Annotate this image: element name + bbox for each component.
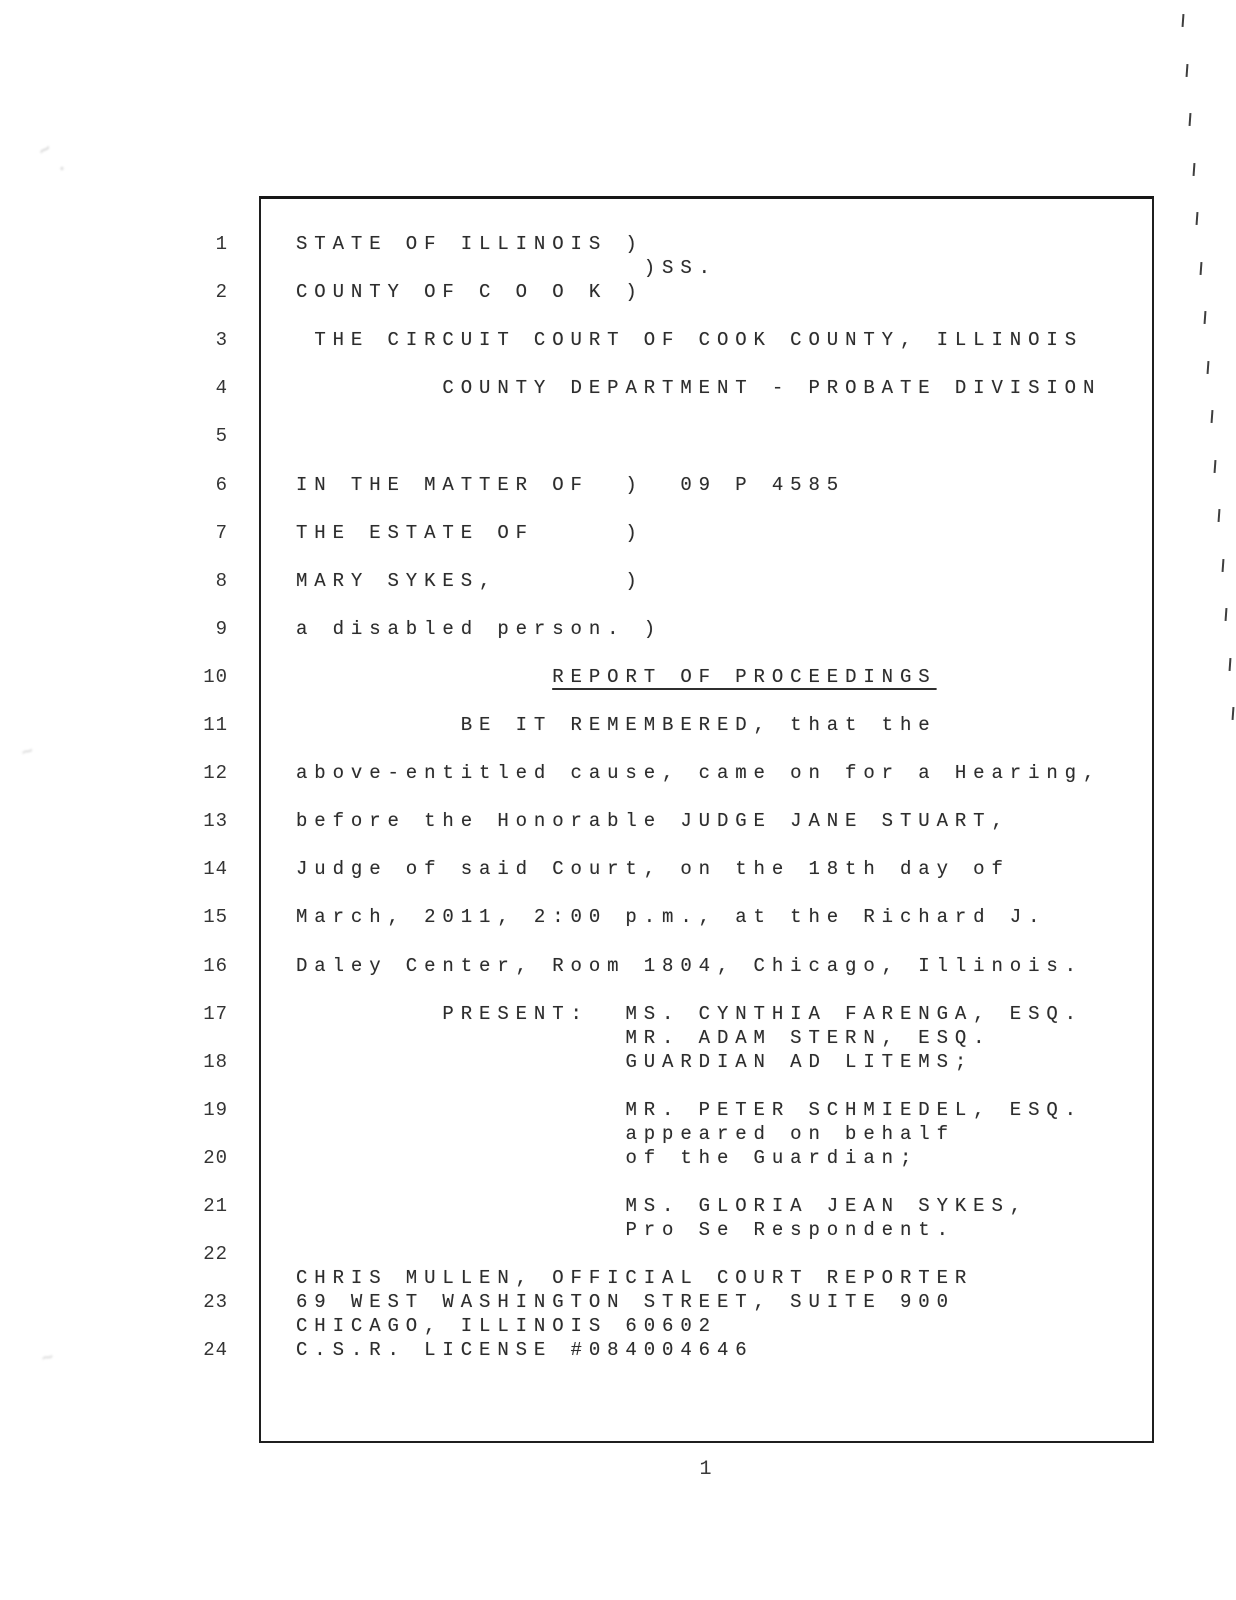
transcript-line-text: MR. PETER SCHMIEDEL, ESQ.	[625, 1099, 1083, 1121]
line-number: 10	[168, 666, 228, 688]
transcript-line: MARY SYKES, )	[296, 570, 644, 592]
line-number: 2	[168, 281, 228, 303]
scan-smudge: ~	[18, 741, 37, 767]
transcript-line: )SS.	[296, 257, 717, 279]
line-number: 9	[168, 618, 228, 640]
transcript-line-text: CHRIS MULLEN, OFFICIAL COURT REPORTER	[296, 1267, 973, 1289]
transcript-line: March, 2011, 2:00 p.m., at the Richard J…	[296, 906, 1046, 928]
line-number: 23	[168, 1291, 228, 1313]
transcript-line: MS. GLORIA JEAN SYKES,	[296, 1195, 1028, 1217]
transcript-line: C.S.R. LICENSE #084004646	[296, 1339, 754, 1361]
transcript-line: GUARDIAN AD LITEMS;	[296, 1051, 973, 1073]
transcript-line: REPORT OF PROCEEDINGS	[296, 666, 937, 688]
line-indent	[296, 1219, 625, 1241]
transcript-line: THE ESTATE OF )	[296, 522, 644, 544]
transcript-line-text: of the Guardian;	[625, 1147, 918, 1169]
transcript-line: MR. ADAM STERN, ESQ.	[296, 1027, 991, 1049]
line-number: 19	[168, 1099, 228, 1121]
transcript-line-text: Pro Se Respondent.	[625, 1219, 954, 1241]
line-indent	[296, 377, 442, 399]
transcript-line-text: PRESENT: MS. CYNTHIA FARENGA, ESQ.	[442, 1003, 1083, 1025]
scanned-transcript-page: 123456789101112131415161718192021222324 …	[0, 0, 1236, 1600]
transcript-line: COUNTY OF C O O K )	[296, 281, 644, 303]
transcript-line: STATE OF ILLINOIS )	[296, 233, 644, 255]
scan-tick-mark	[1200, 262, 1203, 275]
scan-tick-mark	[1232, 707, 1235, 720]
transcript-line: Daley Center, Room 1804, Chicago, Illino…	[296, 955, 1083, 977]
line-number: 22	[168, 1243, 228, 1265]
transcript-line: Judge of said Court, on the 18th day of	[296, 858, 1010, 880]
scan-tick-mark	[1214, 460, 1217, 473]
transcript-line-text: MARY SYKES, )	[296, 570, 644, 592]
transcript-line: THE CIRCUIT COURT OF COOK COUNTY, ILLINO…	[296, 329, 1083, 351]
line-number: 4	[168, 377, 228, 399]
line-number: 16	[168, 955, 228, 977]
scan-tick-mark	[1193, 163, 1196, 176]
line-indent	[296, 1147, 625, 1169]
transcript-line-text: IN THE MATTER OF ) 09 P 4585	[296, 474, 845, 496]
transcript-line-text: C.S.R. LICENSE #084004646	[296, 1339, 754, 1361]
line-indent	[296, 1195, 625, 1217]
scan-tick-mark	[1207, 361, 1210, 374]
scan-tick-mark	[1218, 509, 1221, 522]
line-indent	[296, 1027, 625, 1049]
scan-tick-mark	[1229, 658, 1232, 671]
line-number: 5	[168, 425, 228, 447]
line-indent	[296, 1003, 442, 1025]
transcript-line: PRESENT: MS. CYNTHIA FARENGA, ESQ.	[296, 1003, 1083, 1025]
transcript-line-text: MR. ADAM STERN, ESQ.	[625, 1027, 991, 1049]
transcript-line: appeared on behalf	[296, 1123, 955, 1145]
line-number: 7	[168, 522, 228, 544]
transcript-line: a disabled person. )	[296, 618, 662, 640]
scan-tick-mark	[1222, 559, 1225, 572]
line-number: 6	[168, 474, 228, 496]
line-number: 21	[168, 1195, 228, 1217]
scan-tick-mark	[1182, 14, 1185, 27]
scan-smudge: ~	[39, 1347, 57, 1372]
line-number: 8	[168, 570, 228, 592]
transcript-line-text: appeared on behalf	[625, 1123, 954, 1145]
transcript-line: above-entitled cause, came on for a Hear…	[296, 762, 1101, 784]
transcript-line-text: a disabled person. )	[296, 618, 662, 640]
transcript-line: BE IT REMEMBERED, that the	[296, 714, 937, 736]
transcript-line-text: GUARDIAN AD LITEMS;	[625, 1051, 973, 1073]
transcript-line-text: Judge of said Court, on the 18th day of	[296, 858, 1010, 880]
scan-tick-mark	[1189, 113, 1192, 126]
transcript-line: COUNTY DEPARTMENT - PROBATE DIVISION	[296, 377, 1101, 399]
line-number: 20	[168, 1147, 228, 1169]
transcript-line-text: BE IT REMEMBERED, that the	[461, 714, 937, 736]
transcript-line: MR. PETER SCHMIEDEL, ESQ.	[296, 1099, 1083, 1121]
scan-tick-mark	[1186, 64, 1189, 77]
transcript-line: CHRIS MULLEN, OFFICIAL COURT REPORTER	[296, 1267, 973, 1289]
scan-tick-mark	[1211, 410, 1214, 423]
line-indent	[296, 714, 461, 736]
transcript-line-text: THE CIRCUIT COURT OF COOK COUNTY, ILLINO…	[314, 329, 1083, 351]
transcript-line-text: MS. GLORIA JEAN SYKES,	[625, 1195, 1028, 1217]
transcript-line-text: March, 2011, 2:00 p.m., at the Richard J…	[296, 906, 1046, 928]
transcript-line: 69 WEST WASHINGTON STREET, SUITE 900	[296, 1291, 955, 1313]
line-indent	[296, 666, 552, 688]
transcript-line-text: 69 WEST WASHINGTON STREET, SUITE 900	[296, 1291, 955, 1313]
scan-smudge: ·	[56, 158, 68, 181]
page-number-footer: 1	[259, 1458, 1154, 1481]
transcript-line-text: COUNTY OF C O O K )	[296, 281, 644, 303]
line-indent	[296, 257, 644, 279]
transcript-line: Pro Se Respondent.	[296, 1219, 955, 1241]
line-number: 11	[168, 714, 228, 736]
line-number: 14	[168, 858, 228, 880]
line-number: 1	[168, 233, 228, 255]
line-indent	[296, 1123, 625, 1145]
transcript-line-text: CHICAGO, ILLINOIS 60602	[296, 1315, 717, 1337]
scan-tick-mark	[1196, 212, 1199, 225]
transcript-line: IN THE MATTER OF ) 09 P 4585	[296, 474, 845, 496]
line-number: 15	[168, 906, 228, 928]
scan-tick-mark	[1204, 311, 1207, 324]
line-number: 24	[168, 1339, 228, 1361]
transcript-line-text: REPORT OF PROCEEDINGS	[552, 666, 936, 688]
transcript-line-text: COUNTY DEPARTMENT - PROBATE DIVISION	[442, 377, 1101, 399]
line-indent	[296, 1099, 625, 1121]
transcript-line-text: before the Honorable JUDGE JANE STUART,	[296, 810, 1010, 832]
transcript-line-text: STATE OF ILLINOIS )	[296, 233, 644, 255]
transcript-line: before the Honorable JUDGE JANE STUART,	[296, 810, 1010, 832]
line-indent	[296, 1051, 625, 1073]
transcript-line-text: THE ESTATE OF )	[296, 522, 644, 544]
line-number: 3	[168, 329, 228, 351]
line-indent	[296, 329, 314, 351]
line-number: 12	[168, 762, 228, 784]
line-number: 17	[168, 1003, 228, 1025]
transcript-line-text: Daley Center, Room 1804, Chicago, Illino…	[296, 955, 1083, 977]
line-number: 18	[168, 1051, 228, 1073]
transcript-line-text: )SS.	[644, 257, 717, 279]
transcript-line: of the Guardian;	[296, 1147, 918, 1169]
scan-smudge: ~	[34, 139, 57, 165]
transcript-line-text: above-entitled cause, came on for a Hear…	[296, 762, 1101, 784]
scan-tick-mark	[1225, 608, 1228, 621]
line-number: 13	[168, 810, 228, 832]
transcript-line: CHICAGO, ILLINOIS 60602	[296, 1315, 717, 1337]
